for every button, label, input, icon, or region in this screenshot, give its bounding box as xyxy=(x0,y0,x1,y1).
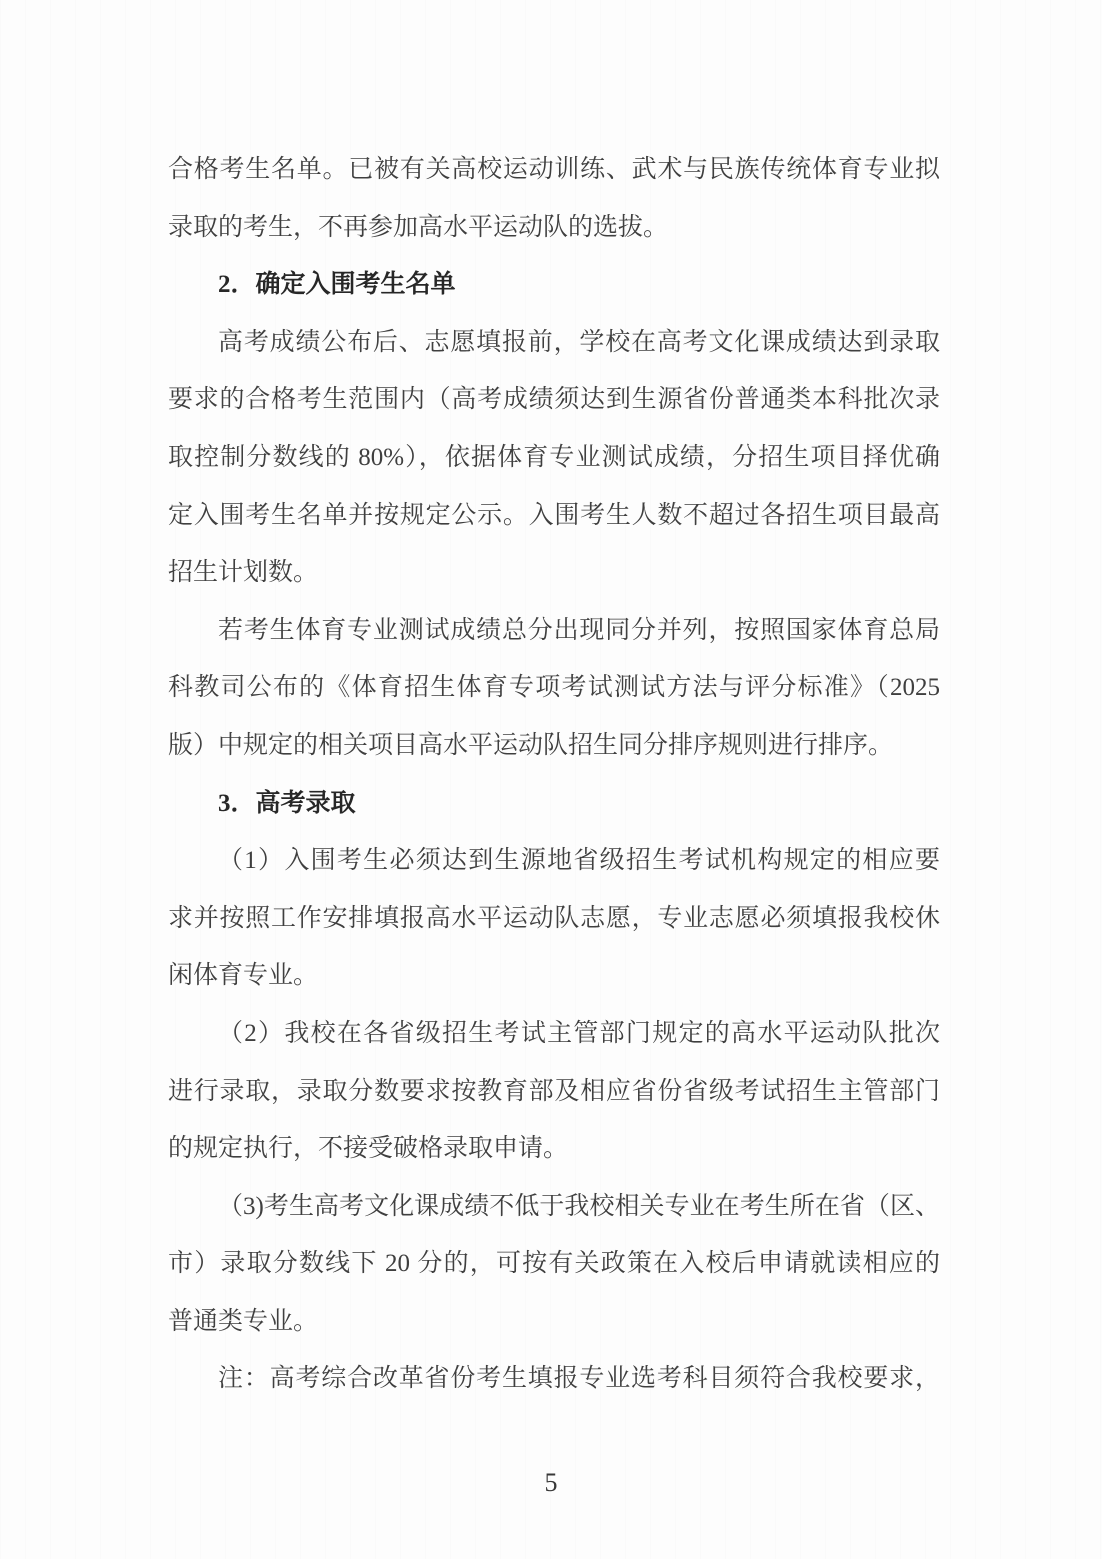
paragraph: 合格考生名单。已被有关高校运动训练、武术与民族传统体育专业拟录取的考生，不再参加… xyxy=(168,141,940,256)
paragraph: 高考成绩公布后、志愿填报前，学校在高考文化课成绩达到录取要求的合格考生范围内（高… xyxy=(168,314,940,602)
text-line: 科教司公布的《体育招生体育专项考试测试方法与评分标准》（2025 xyxy=(168,659,940,717)
paragraph: 注：高考综合改革省份考生填报专业选考科目须符合我校要求， xyxy=(168,1350,940,1408)
text-line: 普通类专业。 xyxy=(168,1293,940,1351)
text-line: 求并按照工作安排填报高水平运动队志愿，专业志愿必须填报我校休 xyxy=(168,890,940,948)
text-line: 闲体育专业。 xyxy=(168,947,940,1005)
text-line: 市）录取分数线下 20 分的，可按有关政策在入校后申请就读相应的 xyxy=(168,1235,940,1293)
page-number: 5 xyxy=(0,1468,1102,1498)
text-line: （2）我校在各省级招生考试主管部门规定的高水平运动队批次 xyxy=(168,1005,940,1063)
section-heading: 2．确定入围考生名单 xyxy=(168,256,940,314)
text-line: 进行录取，录取分数要求按教育部及相应省份省级考试招生主管部门 xyxy=(168,1063,940,1121)
text-line: 的规定执行，不接受破格录取申请。 xyxy=(168,1120,940,1178)
text-line: 若考生体育专业测试成绩总分出现同分并列，按照国家体育总局 xyxy=(168,602,940,660)
paragraph: 若考生体育专业测试成绩总分出现同分并列，按照国家体育总局科教司公布的《体育招生体… xyxy=(168,602,940,775)
section-heading: 3．高考录取 xyxy=(168,775,940,833)
text-line: （3)考生高考文化课成绩不低于我校相关专业在考生所在省（区、 xyxy=(168,1178,940,1236)
text-line: 注：高考综合改革省份考生填报专业选考科目须符合我校要求， xyxy=(168,1350,940,1408)
paragraph: （2）我校在各省级招生考试主管部门规定的高水平运动队批次进行录取，录取分数要求按… xyxy=(168,1005,940,1178)
text-line: 2．确定入围考生名单 xyxy=(168,256,940,314)
text-line: 招生计划数。 xyxy=(168,544,940,602)
text-line: 取控制分数线的 80%），依据体育专业测试成绩，分招生项目择优确 xyxy=(168,429,940,487)
text-line: 录取的考生，不再参加高水平运动队的选拔。 xyxy=(168,199,940,257)
text-line: 3．高考录取 xyxy=(168,775,940,833)
text-line: 版）中规定的相关项目高水平运动队招生同分排序规则进行排序。 xyxy=(168,717,940,775)
document-body: 合格考生名单。已被有关高校运动训练、武术与民族传统体育专业拟录取的考生，不再参加… xyxy=(168,141,940,1408)
text-line: 高考成绩公布后、志愿填报前，学校在高考文化课成绩达到录取 xyxy=(168,314,940,372)
paragraph: （1）入围考生必须达到生源地省级招生考试机构规定的相应要求并按照工作安排填报高水… xyxy=(168,832,940,1005)
paragraph: （3)考生高考文化课成绩不低于我校相关专业在考生所在省（区、市）录取分数线下 2… xyxy=(168,1178,940,1351)
text-line: （1）入围考生必须达到生源地省级招生考试机构规定的相应要 xyxy=(168,832,940,890)
text-line: 要求的合格考生范围内（高考成绩须达到生源省份普通类本科批次录 xyxy=(168,371,940,429)
document-page: 合格考生名单。已被有关高校运动训练、武术与民族传统体育专业拟录取的考生，不再参加… xyxy=(0,0,1102,1559)
text-line: 合格考生名单。已被有关高校运动训练、武术与民族传统体育专业拟 xyxy=(168,141,940,199)
text-line: 定入围考生名单并按规定公示。入围考生人数不超过各招生项目最高 xyxy=(168,487,940,545)
